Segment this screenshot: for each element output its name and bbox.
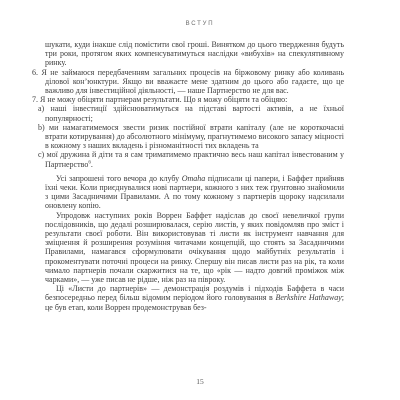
item-text: наші інвестиції здійснюватимуться на під… [45, 104, 344, 122]
paragraph-letters-to-partners: Ці «Листи до партнерів» — демонстрація р… [45, 284, 344, 312]
item-letter: a) [38, 104, 44, 113]
lettered-item-c: c) мої дружина й діти та я сам триматиме… [45, 150, 344, 168]
item-letter: c) [38, 150, 44, 159]
paragraph-omaha-club: Усі запрошені того вечора до клубу Omaha… [45, 174, 344, 211]
numbered-item-6: 6. Я не займаюся передбаченням загальних… [45, 68, 344, 96]
numbered-item-7: 7. Я не можу обіцяти партнерам результат… [45, 95, 344, 104]
paragraph-letters-series: Упродовж наступних років Воррен Баффет н… [45, 211, 344, 285]
text-block: шукати, куди інакше слід помістити свої … [45, 40, 344, 312]
item-number: 7. [32, 95, 38, 104]
item-number: 6. [32, 68, 38, 77]
item-text: мої дружина й діти та я сам триматимемо … [45, 150, 344, 168]
item-letter: b) [38, 123, 45, 132]
item-text: Я не можу обіцяти партнерам результати. … [40, 95, 287, 104]
item-text: Я не займаюся передбаченням загальних пр… [41, 68, 344, 95]
lettered-item-a: a) наші інвестиції здійснюватимуться на … [45, 104, 344, 122]
page-number: 15 [0, 377, 400, 386]
running-header: ВСТУП [0, 21, 400, 27]
paragraph-item5-continuation: шукати, куди інакше слід помістити свої … [45, 40, 344, 68]
book-page: ВСТУП шукати, куди інакше слід помістити… [0, 0, 400, 400]
item-text: ми намагатимемося звести ризик постійної… [45, 123, 344, 150]
lettered-item-b: b) ми намагатимемося звести ризик постій… [45, 123, 344, 151]
